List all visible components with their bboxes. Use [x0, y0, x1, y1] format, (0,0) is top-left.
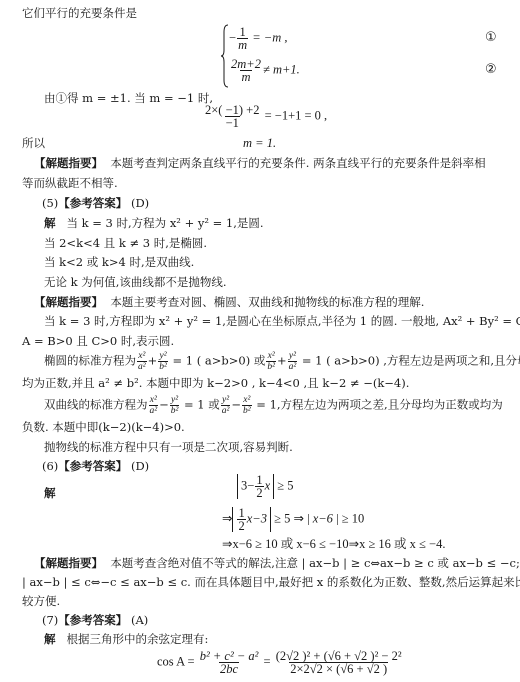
answer-heading-6: (6)【参考答案】 (D)	[42, 458, 149, 474]
equation-2: 2m+2m≠ m+1.	[229, 58, 300, 83]
solution-6-line-2: ⇒12x−3 ≥ 5 ⇒ | x−6 | ≥ 10	[222, 507, 364, 532]
equation-tag-1: ①	[485, 30, 497, 46]
hyperbola-explanation: 双曲线的标准方程为x²a²−y²b² = 1 或y²a²−x²b² = 1,方程…	[44, 395, 503, 416]
tip-paragraph-3-end: 较方便.	[22, 593, 60, 609]
solution-7-line-1: 解 根据三角形中的余弦定理有:	[44, 631, 208, 647]
equation-tag-2: ②	[485, 62, 497, 78]
answer-heading-7: (7)【参考答案】 (A)	[42, 612, 148, 628]
tip-paragraph-3: 【解题指要】 本题考查含绝对值不等式的解法,注意 | ax−b | ≥ c⇔ax…	[34, 555, 520, 571]
left-brace	[221, 24, 229, 88]
parabola-explanation: 抛物线的标准方程中只有一项是二次项,容易判断.	[44, 439, 293, 455]
solution-6-label: 解	[44, 485, 56, 501]
solution-5-line-4: 无论 k 为何值,该曲线都不是抛物线.	[44, 274, 227, 290]
tip-paragraph-1-cont: 等而纵截距不相等.	[22, 175, 118, 191]
solution-5-line-3: 当 k<2 或 k>4 时,是双曲线.	[44, 254, 194, 270]
solution-6-line-1: 3−12x ≥ 5	[237, 474, 294, 499]
cosine-law-equation: cos A = b² + c² − a²2bc = (2√2 )² + (√6 …	[157, 650, 404, 675]
solution-5-line-2: 当 2<k<4 且 k ≠ 3 时,是椭圆.	[44, 235, 207, 251]
answer-heading-5: (5)【参考答案】 (D)	[42, 195, 149, 211]
intro-text: 它们平行的充要条件是	[22, 5, 137, 21]
tip-paragraph-3-cont: | ax−b | ≤ c⇔−c ≤ ax−b ≤ c. 而在具体题目中,最好把 …	[22, 574, 520, 590]
result-equation: m = 1.	[243, 135, 276, 151]
solution-6-line-3: ⇒x−6 ≥ 10 或 x−6 ≤ −10⇒x ≥ 16 或 x ≤ −4.	[222, 536, 445, 552]
derivation-text: 由①得 m = ±1. 当 m = −1 时,	[44, 90, 213, 106]
tip-label: 【解题指要】	[34, 156, 103, 170]
tip-paragraph-2: 【解题指要】 本题主要考查对圆、椭圆、双曲线和抛物线的标准方程的理解.	[34, 294, 424, 310]
therefore-label: 所以	[22, 135, 45, 151]
ellipse-explanation-cont: 均为正数,并且 a² ≠ b². 本题中即为 k−2>0 , k−4<0 ,且 …	[22, 375, 409, 391]
equation-1: −1m = −m ,	[229, 26, 288, 51]
tip-paragraph-1: 【解题指要】 本题考查判定两条直线平行的充要条件. 两条直线平行的充要条件是斜率…	[34, 155, 486, 171]
hyperbola-explanation-cont: 负数. 本题中即(k−2)(k−4)>0.	[22, 419, 185, 435]
ellipse-explanation: 椭圆的标准方程为x²a²+y²b² = 1 ( a>b>0) 或x²b²+y²a…	[44, 351, 520, 372]
substitution-equation: 2×( −1) +2−1 = −1+1 = 0 ,	[203, 104, 327, 129]
circle-explanation: 当 k = 3 时,方程即为 x² + y² = 1,是圆心在坐标原点,半径为 …	[44, 313, 520, 329]
solution-5-line-1: 解 当 k = 3 时,方程为 x² + y² = 1,是圆.	[44, 215, 264, 231]
circle-explanation-cont: A = B>0 且 C>0 时,表示圆.	[22, 333, 174, 349]
